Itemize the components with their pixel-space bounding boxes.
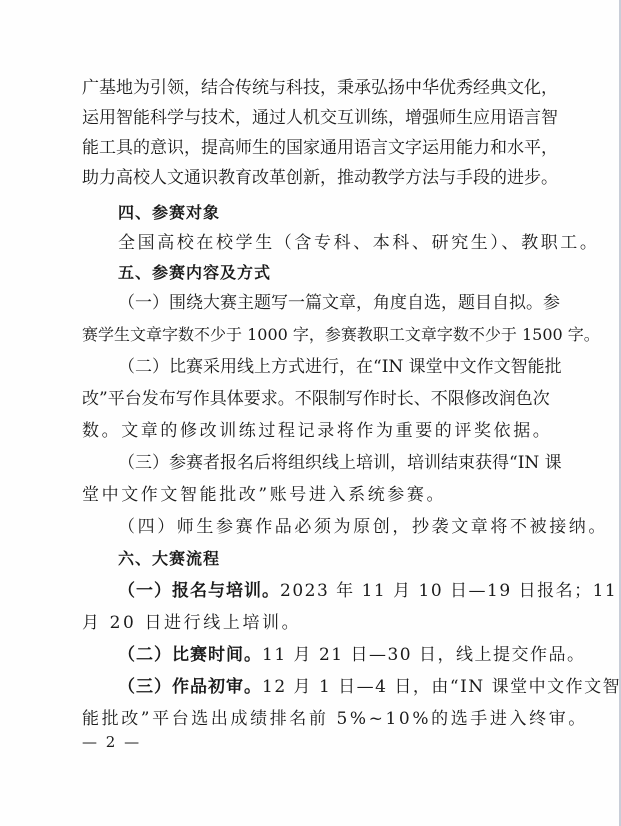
section-4-heading: 四、参赛对象	[118, 201, 548, 225]
intro-line-2: 运用智能科学与技术，通过人机交互训练，增强师生应用语言智	[82, 106, 548, 130]
section-5-item-2-line-2: 改”平台发布写作具体要求。不限制写作时长、不限修改润色次	[82, 387, 548, 411]
page-number: — 2 —	[82, 733, 141, 751]
section-6-item-1-label: （一）报名与培训。	[118, 581, 280, 601]
intro-line-4: 助力高校人文通识教育改革创新，推动教学方法与手段的进步。	[82, 166, 548, 190]
section-6-item-3-text: 12 月 1 日—4 日，由“IN 课堂中文作文智	[262, 677, 621, 697]
section-6-item-1-cont: 月 20 日进行线上培训。	[82, 611, 548, 635]
section-5-heading: 五、参赛内容及方式	[118, 261, 548, 285]
section-6-heading: 六、大赛流程	[118, 547, 548, 571]
section-6-item-2-label: （二）比赛时间。	[118, 645, 262, 665]
section-6-item-2-text: 11 月 21 日—30 日，线上提交作品。	[262, 645, 586, 665]
section-5-item-3-line-1: （三）参赛者报名后将组织线上培训，培训结束获得“IN 课	[118, 451, 548, 475]
section-6-item-3-label: （三）作品初审。	[118, 677, 262, 697]
section-6-item-2: （二）比赛时间。11 月 21 日—30 日，线上提交作品。	[118, 643, 548, 667]
section-4-body: 全国高校在校学生（含专科、本科、研究生）、教职工。	[118, 231, 548, 255]
section-5-item-2-line-1: （二）比赛采用线上方式进行，在“IN 课堂中文作文智能批	[118, 355, 548, 379]
section-6-item-3-cont: 能批改”平台选出成绩排名前 5%~10%的选手进入终审。	[82, 707, 548, 731]
section-5-item-1-line-1: （一）围绕大赛主题写一篇文章，角度自选，题目自拟。参	[118, 291, 548, 315]
section-6-item-1-text: 2023 年 11 月 10 日—19 日报名；11	[280, 581, 617, 601]
intro-line-1: 广基地为引领，结合传统与科技，秉承弘扬中华优秀经典文化，	[82, 76, 548, 100]
section-6-item-1: （一）报名与培训。2023 年 11 月 10 日—19 日报名；11	[118, 579, 548, 603]
section-5-item-4-line-1: （四）师生参赛作品必须为原创，抄袭文章将不被接纳。	[118, 515, 548, 539]
section-5-item-2-line-3: 数。文章的修改训练过程记录将作为重要的评奖依据。	[82, 419, 548, 443]
intro-line-3: 能工具的意识，提高师生的国家通用语言文字运用能力和水平，	[82, 136, 548, 160]
document-page: 广基地为引领，结合传统与科技，秉承弘扬中华优秀经典文化， 运用智能科学与技术，通…	[0, 0, 619, 826]
section-6-item-3: （三）作品初审。12 月 1 日—4 日，由“IN 课堂中文作文智	[118, 675, 548, 699]
section-5-item-3-line-2: 堂中文作文智能批改”账号进入系统参赛。	[82, 483, 548, 507]
section-5-item-1-line-2: 赛学生文章字数不少于 1000 字，参赛教职工文章字数不少于 1500 字。	[82, 323, 548, 347]
